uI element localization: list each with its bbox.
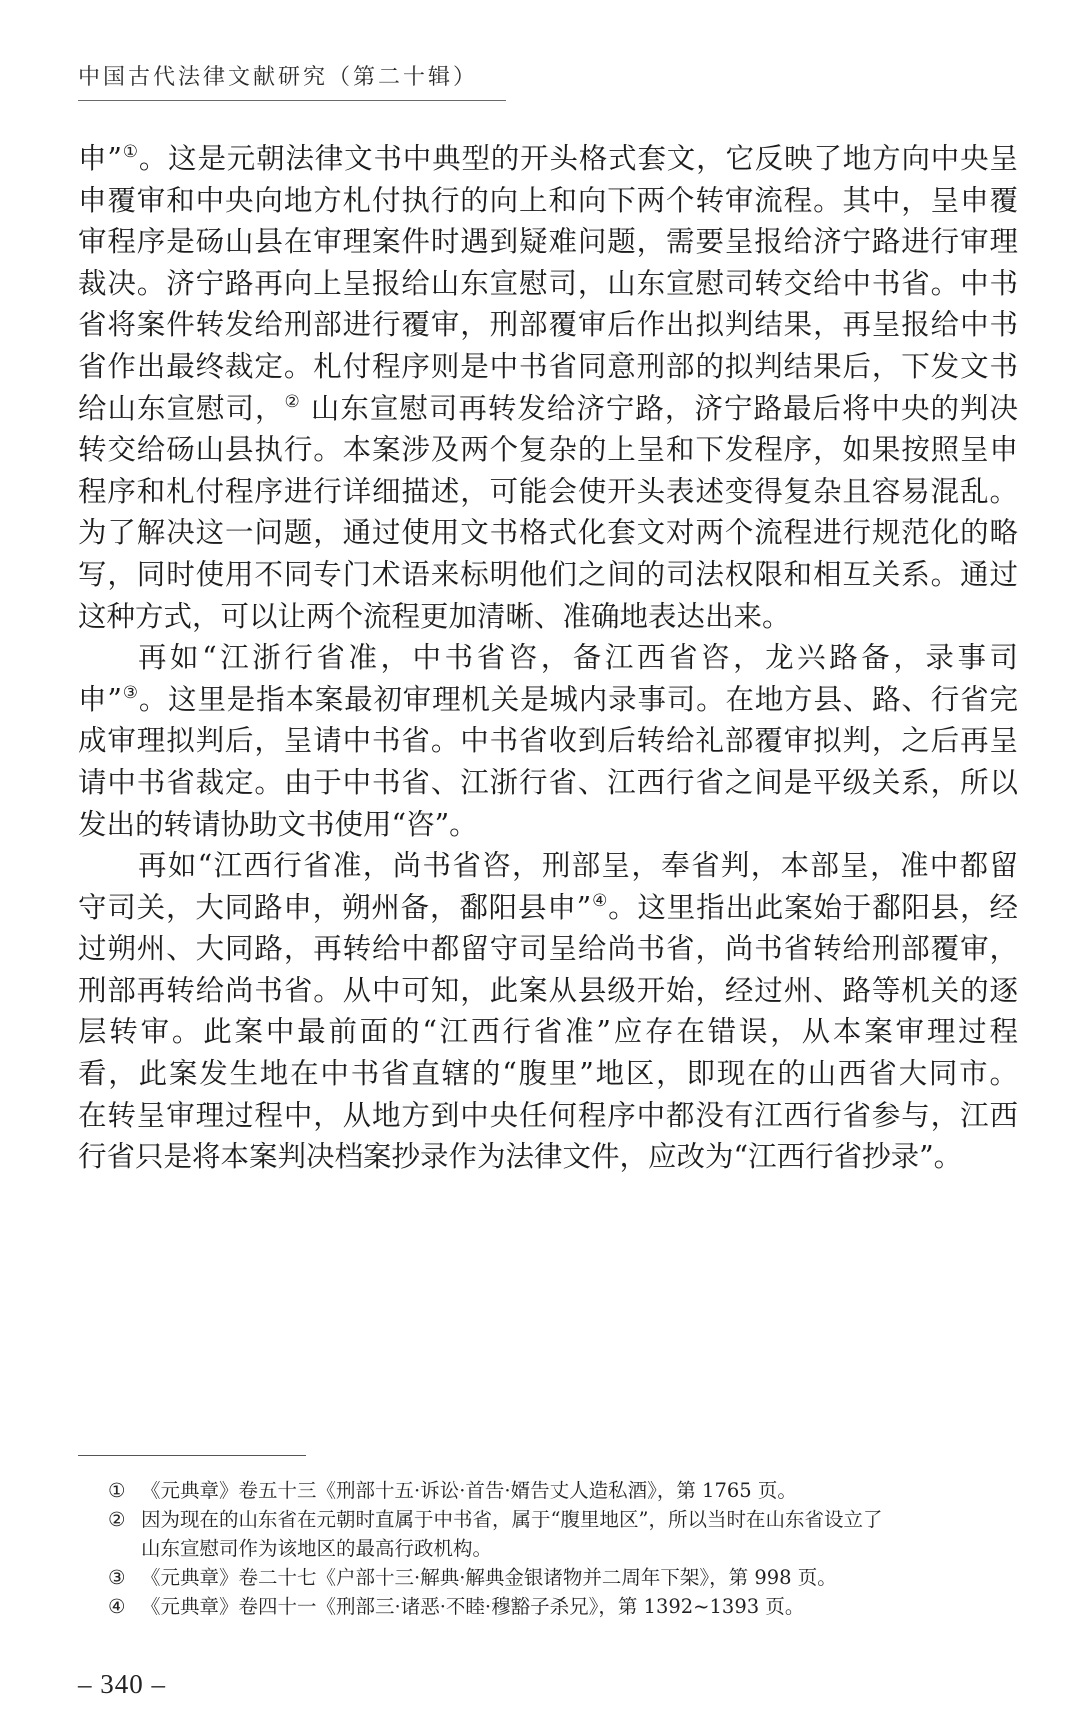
footnote-marker: ③ (108, 1563, 125, 1592)
footnote-ref-4[interactable]: ④ (591, 891, 608, 911)
text-line: 裁决。济宁路再向上呈报给山东宣慰司，山东宣慰司转交给中书省。中书 (78, 263, 1018, 305)
footnote-marker: ② (108, 1505, 125, 1534)
footnote-3: ③ 《元典章》卷二十七《户部十三·解典·解典金银诸物并二周年下架》，第 998 … (108, 1563, 988, 1592)
footnote-marker: ④ (108, 1592, 125, 1621)
paragraph: 申”①。这是元朝法律文书中典型的开头格式套文，它反映了地方向中央呈 申覆审和中央… (78, 138, 1018, 637)
footnotes: ① 《元典章》卷五十三《刑部十五·诉讼·首告·婿告丈人造私酒》，第 1765 页… (108, 1476, 988, 1621)
text-line: 再如“江西行省准，尚书省咨，刑部呈，奉省判，本部呈，准中都留 (78, 845, 1018, 887)
text-line: 发出的转请协助文书使用“咨”。 (78, 804, 1018, 846)
footnote-marker: ① (108, 1476, 125, 1505)
text-line: 省将案件转发给刑部进行覆审，刑部覆审后作出拟判结果，再呈报给中书 (78, 304, 1018, 346)
running-title: 中国古代法律文献研究（第二十辑） (78, 60, 478, 91)
running-header: 中国古代法律文献研究（第二十辑） (78, 56, 506, 101)
text-line: 过朔州、大同路，再转给中都留守司呈给尚书省，尚书省转给刑部覆审， (78, 928, 1018, 970)
text-line: 写，同时使用不同专门术语来标明他们之间的司法权限和相互关系。通过 (78, 554, 1018, 596)
paragraph: 再如“江西行省准，尚书省咨，刑部呈，奉省判，本部呈，准中都留 守司关，大同路申，… (78, 845, 1018, 1178)
text-line: 请中书省裁定。由于中书省、江浙行省、江西行省之间是平级关系，所以 (78, 762, 1018, 804)
text-line: 成审理拟判后，呈请中书省。中书省收到后转给礼部覆审拟判，之后再呈 (78, 720, 1018, 762)
footnote-ref-3[interactable]: ③ (122, 683, 139, 703)
text-line: 审程序是砀山县在审理案件时遇到疑难问题，需要呈报给济宁路进行审理 (78, 221, 1018, 263)
footnote-1: ① 《元典章》卷五十三《刑部十五·诉讼·首告·婿告丈人造私酒》，第 1765 页… (108, 1476, 988, 1505)
text-line: 刑部再转给尚书省。从中可知，此案从县级开始，经过州、路等机关的逐 (78, 970, 1018, 1012)
footnote-4: ④ 《元典章》卷四十一《刑部三·诸恶·不睦·穆豁子杀兄》，第 1392~1393… (108, 1592, 988, 1621)
text-line: 省作出最终裁定。札付程序则是中书省同意刑部的拟判结果后，下发文书 (78, 346, 1018, 388)
text-line: 申”①。这是元朝法律文书中典型的开头格式套文，它反映了地方向中央呈 (78, 138, 1018, 180)
footnote-divider (78, 1455, 306, 1456)
text-line: 这种方式，可以让两个流程更加清晰、准确地表达出来。 (78, 596, 1018, 638)
paragraph: 再如“江浙行省准，中书省咨，备江西省咨，龙兴路备，录事司 申”③。这里是指本案最… (78, 637, 1018, 845)
text-line: 层转审。此案中最前面的“江西行省准”应存在错误，从本案审理过程 (78, 1011, 1018, 1053)
text-line: 申覆审和中央向地方札付执行的向上和向下两个转审流程。其中，呈申覆 (78, 180, 1018, 222)
text-line: 守司关，大同路申，朔州备，鄱阳县申”④。这里指出此案始于鄱阳县，经 (78, 887, 1018, 929)
footnote-ref-2[interactable]: ② (285, 392, 301, 412)
main-text: 申”①。这是元朝法律文书中典型的开头格式套文，它反映了地方向中央呈 申覆审和中央… (78, 138, 1018, 1178)
text-line: 程序和札付程序进行详细描述，可能会使开头表述变得复杂且容易混乱。 (78, 471, 1018, 513)
text-line: 转交给砀山县执行。本案涉及两个复杂的上呈和下发程序，如果按照呈申 (78, 429, 1018, 471)
text-line: 看，此案发生地在中书省直辖的“腹里”地区，即现在的山西省大同市。 (78, 1053, 1018, 1095)
text-line: 为了解决这一问题，通过使用文书格式化套文对两个流程进行规范化的略 (78, 512, 1018, 554)
text-line: 再如“江浙行省准，中书省咨，备江西省咨，龙兴路备，录事司 (78, 637, 1018, 679)
text-line: 行省只是将本案判决档案抄录作为法律文件，应改为“江西行省抄录”。 (78, 1136, 1018, 1178)
footnote-ref-1[interactable]: ① (122, 142, 139, 162)
text-line: 申”③。这里是指本案最初审理机关是城内录事司。在地方县、路、行省完 (78, 679, 1018, 721)
page-number: – 340 – (78, 1669, 166, 1700)
text-line: 在转呈审理过程中，从地方到中央任何程序中都没有江西行省参与，江西 (78, 1095, 1018, 1137)
text-line: 给山东宣慰司，② 山东宣慰司再转发给济宁路，济宁路最后将中央的判决 (78, 388, 1018, 430)
footnote-2: ② 因为现在的山东省在元朝时直属于中书省，属于“腹里地区”，所以当时在山东省设立… (108, 1505, 988, 1563)
